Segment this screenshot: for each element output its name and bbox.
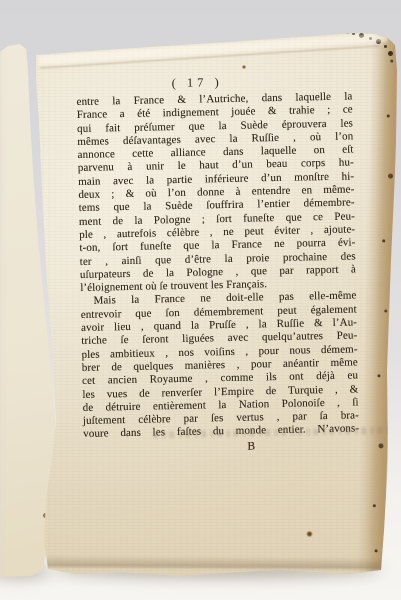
signature-mark: B [247, 440, 269, 452]
page-text: ( 17 ) entre la France & l’Autriche, dan… [76, 70, 360, 455]
fore-edge [357, 34, 399, 577]
book-photo-backdrop: ( 17 ) entre la France & l’Autriche, dan… [0, 0, 401, 600]
foxing-spot [242, 65, 246, 69]
bottom-edge-shade [46, 555, 382, 569]
book-page: ( 17 ) entre la France & l’Autriche, dan… [0, 0, 401, 600]
page-body: entre la France & l’Autriche, dans laque… [76, 90, 359, 441]
foxing-spot [306, 531, 313, 537]
paper-speck [36, 184, 39, 187]
corner-specks [346, 31, 349, 34]
